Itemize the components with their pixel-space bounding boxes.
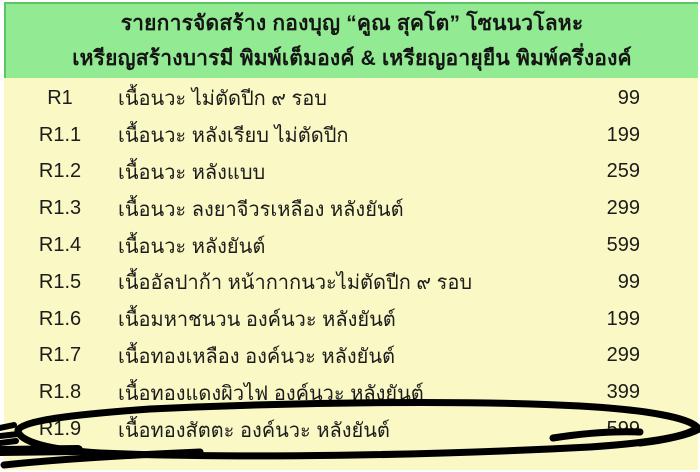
table-row: R1.2เนื้อนวะ หลังแบบ259	[4, 154, 698, 191]
row-price: 599	[568, 418, 640, 441]
row-code: R1.9	[28, 418, 92, 441]
row-price: 299	[568, 197, 640, 220]
table-row: R1.4เนื้อนวะ หลังยันต์599	[4, 227, 698, 264]
price-list-sheet: รายการจัดสร้าง กองบุญ “คูณ สุคโต” โซนนวโ…	[4, 2, 698, 472]
table-row: R1.1เนื้อนวะ หลังเรียบ ไม่ตัดปีก199	[4, 117, 698, 154]
row-description: เนื้อนวะ หลังเรียบ ไม่ตัดปีก	[118, 119, 568, 151]
row-description: เนื้อทองแดงผิวไฟ องค์นวะ หลังยันต์	[118, 377, 568, 409]
row-price: 399	[568, 381, 640, 404]
row-description: เนื้ออัลปาก้า หน้ากากนวะไม่ตัดปีก ๙ รอบ	[118, 266, 568, 298]
row-code: R1.6	[28, 308, 92, 331]
price-list-page: รายการจัดสร้าง กองบุญ “คูณ สุคโต” โซนนวโ…	[0, 0, 700, 472]
table-row: R1.7เนื้อทองเหลือง องค์นวะ หลังยันต์299	[4, 338, 698, 375]
row-code: R1.3	[28, 197, 92, 220]
table-row: R1.6เนื้อมหาชนวน องค์นวะ หลังยันต์199	[4, 301, 698, 338]
row-code: R1.4	[28, 234, 92, 257]
header-title-line1: รายการจัดสร้าง กองบุญ “คูณ สุคโต” โซนนวโ…	[121, 7, 584, 40]
row-price: 99	[568, 87, 640, 110]
row-description: เนื้อทองสัตตะ องค์นวะ หลังยันต์	[118, 414, 568, 446]
row-description: เนื้อนวะ หลังยันต์	[118, 230, 568, 262]
row-price: 259	[568, 160, 640, 183]
table-row: R1.5เนื้ออัลปาก้า หน้ากากนวะไม่ตัดปีก ๙ …	[4, 264, 698, 301]
row-code: R1.7	[28, 344, 92, 367]
row-code: R1	[28, 87, 92, 110]
table-row: R1.9เนื้อทองสัตตะ องค์นวะ หลังยันต์599	[4, 411, 698, 448]
row-description: เนื้อมหาชนวน องค์นวะ หลังยันต์	[118, 303, 568, 335]
row-description: เนื้อนวะ ลงยาจีวรเหลือง หลังยันต์	[118, 193, 568, 225]
header-title-line2: เหรียญสร้างบารมี พิมพ์เต็มองค์ & เหรียญอ…	[72, 42, 632, 75]
table-row: R1เนื้อนวะ ไม่ตัดปีก ๙ รอบ99	[4, 80, 698, 117]
price-table-body: R1เนื้อนวะ ไม่ตัดปีก ๙ รอบ99R1.1เนื้อนวะ…	[4, 78, 698, 470]
row-price: 599	[568, 234, 640, 257]
row-description: เนื้อทองเหลือง องค์นวะ หลังยันต์	[118, 340, 568, 372]
row-code: R1.8	[28, 381, 92, 404]
row-price: 199	[568, 124, 640, 147]
table-header: รายการจัดสร้าง กองบุญ “คูณ สุคโต” โซนนวโ…	[4, 2, 698, 78]
row-description: เนื้อนวะ หลังแบบ	[118, 156, 568, 188]
row-price: 199	[568, 308, 640, 331]
row-code: R1.2	[28, 160, 92, 183]
row-description: เนื้อนวะ ไม่ตัดปีก ๙ รอบ	[118, 82, 568, 114]
table-row: R1.3เนื้อนวะ ลงยาจีวรเหลือง หลังยันต์299	[4, 190, 698, 227]
row-price: 99	[568, 271, 640, 294]
row-code: R1.1	[28, 124, 92, 147]
row-code: R1.5	[28, 271, 92, 294]
row-price: 299	[568, 344, 640, 367]
table-row: R1.8เนื้อทองแดงผิวไฟ องค์นวะ หลังยันต์39…	[4, 374, 698, 411]
